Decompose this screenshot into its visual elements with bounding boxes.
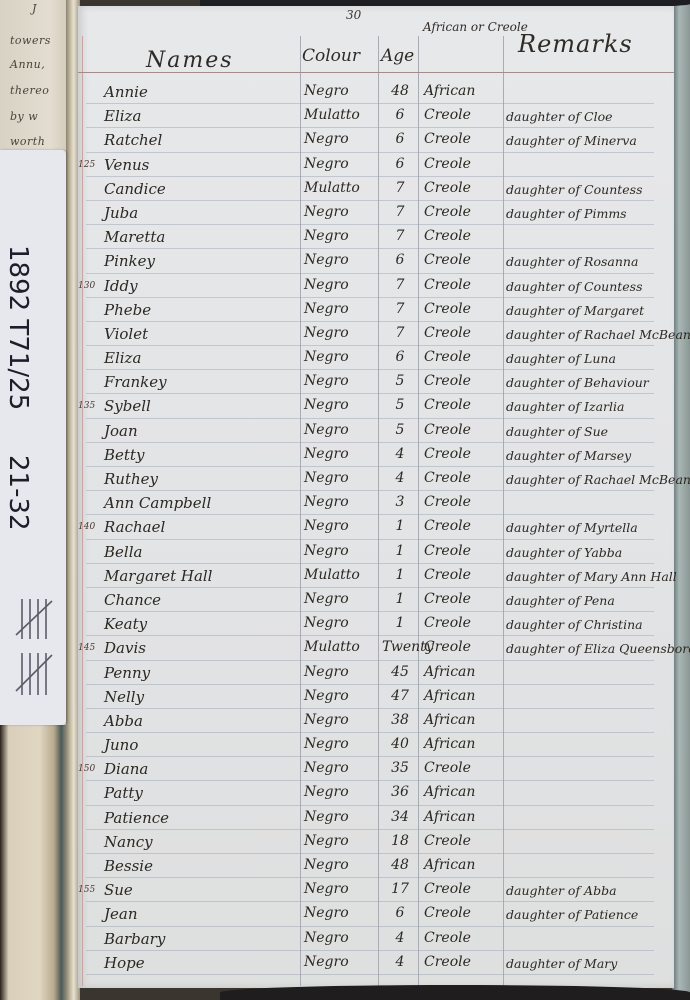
- folio-range: 21-32: [3, 455, 33, 531]
- entry-age: 4: [382, 930, 418, 946]
- entry-colour: Negro: [304, 543, 349, 559]
- entry-name: Jean: [104, 905, 138, 923]
- entry-colour: Negro: [304, 373, 349, 389]
- entry-name: Rachael: [104, 518, 165, 536]
- entry-origin: Creole: [424, 325, 471, 341]
- entry-age: 48: [382, 83, 418, 99]
- entry-number: 150: [78, 764, 95, 774]
- entry-colour: Negro: [304, 736, 349, 752]
- facing-page-text: worth: [10, 135, 45, 148]
- entry-origin: Creole: [424, 180, 471, 196]
- entry-name: Maretta: [104, 228, 165, 246]
- table-row: Chance Negro 1 Creole daughter of Pena: [78, 588, 674, 612]
- entry-number: 125: [78, 160, 95, 170]
- entry-colour: Mulatto: [304, 567, 360, 583]
- entry-age: 1: [382, 615, 418, 631]
- entry-age: 1: [382, 591, 418, 607]
- entry-origin: Creole: [424, 204, 471, 220]
- entry-age: 35: [382, 760, 418, 776]
- entry-age: 38: [382, 712, 418, 728]
- facing-page-text: J: [32, 2, 37, 15]
- entry-age: 40: [382, 736, 418, 752]
- entry-name: Hope: [104, 954, 145, 972]
- table-row: Ratchel Negro 6 Creole daughter of Miner…: [78, 128, 674, 152]
- entry-origin: Creole: [424, 567, 471, 583]
- entry-remarks: daughter of Luna: [506, 351, 616, 366]
- entry-name: Violet: [104, 325, 148, 343]
- entry-name: Penny: [104, 664, 150, 682]
- entry-colour: Negro: [304, 252, 349, 268]
- entry-colour: Negro: [304, 857, 349, 873]
- entry-name: Ratchel: [104, 131, 162, 149]
- entry-origin: African: [424, 857, 475, 873]
- entry-name: Davis: [104, 639, 146, 657]
- entry-name: Bella: [104, 543, 142, 561]
- entry-name: Keaty: [104, 615, 147, 633]
- entry-origin: African: [424, 712, 475, 728]
- table-row: 150 Diana Negro 35 Creole: [78, 757, 674, 781]
- entry-name: Betty: [104, 446, 144, 464]
- entry-name: Margaret Hall: [104, 567, 212, 585]
- entry-remarks: daughter of Pena: [506, 593, 615, 608]
- table-row: Margaret Hall Mulatto 1 Creole daughter …: [78, 564, 674, 588]
- bottom-shadow: [220, 985, 690, 1000]
- entry-origin: Creole: [424, 591, 471, 607]
- entry-age: 1: [382, 567, 418, 583]
- entry-remarks: daughter of Countess: [506, 182, 643, 197]
- entry-origin: African: [424, 83, 475, 99]
- entry-origin: Creole: [424, 833, 471, 849]
- entry-colour: Negro: [304, 809, 349, 825]
- entry-origin: Creole: [424, 107, 471, 123]
- entry-age: 6: [382, 349, 418, 365]
- table-row: Barbary Negro 4 Creole: [78, 927, 674, 951]
- column-header-colour: Colour: [302, 46, 360, 66]
- column-header-origin: African or Creole: [423, 22, 503, 33]
- entry-name: Diana: [104, 760, 148, 778]
- book-edge-right: [672, 0, 690, 1000]
- entry-colour: Negro: [304, 422, 349, 438]
- entry-name: Barbary: [104, 930, 165, 948]
- entry-number: 155: [78, 885, 95, 895]
- entry-origin: Creole: [424, 349, 471, 365]
- entry-colour: Negro: [304, 204, 349, 220]
- entry-name: Frankey: [104, 373, 167, 391]
- entry-age: 7: [382, 228, 418, 244]
- entry-age: Twenty: [382, 639, 418, 655]
- entry-remarks: daughter of Abba: [506, 883, 617, 898]
- entry-age: 1: [382, 518, 418, 534]
- entry-colour: Negro: [304, 83, 349, 99]
- table-row: Bessie Negro 48 African: [78, 854, 674, 878]
- entry-age: 4: [382, 446, 418, 462]
- entry-remarks: daughter of Marsey: [506, 448, 631, 463]
- table-row: 130 Iddy Negro 7 Creole daughter of Coun…: [78, 274, 674, 298]
- entry-origin: African: [424, 784, 475, 800]
- entry-age: 7: [382, 325, 418, 341]
- entry-age: 5: [382, 422, 418, 438]
- entry-name: Sue: [104, 881, 133, 899]
- entry-name: Joan: [104, 422, 138, 440]
- entry-colour: Negro: [304, 228, 349, 244]
- entry-colour: Negro: [304, 131, 349, 147]
- book-page-edges: [0, 725, 72, 1000]
- entry-age: 4: [382, 954, 418, 970]
- entry-name: Iddy: [104, 277, 138, 295]
- table-row: Juno Negro 40 African: [78, 733, 674, 757]
- entry-origin: Creole: [424, 301, 471, 317]
- entry-age: 36: [382, 784, 418, 800]
- entry-age: 6: [382, 905, 418, 921]
- table-row: Candice Mulatto 7 Creole daughter of Cou…: [78, 177, 674, 201]
- entry-age: 6: [382, 156, 418, 172]
- entry-colour: Negro: [304, 591, 349, 607]
- table-row: Bella Negro 1 Creole daughter of Yabba: [78, 540, 674, 564]
- entry-colour: Negro: [304, 905, 349, 921]
- entry-age: 5: [382, 397, 418, 413]
- entry-origin: Creole: [424, 881, 471, 897]
- entry-name: Abba: [104, 712, 143, 730]
- archive-reference: 1892 T71/25: [3, 245, 33, 410]
- entry-age: 7: [382, 301, 418, 317]
- entry-name: Eliza: [104, 349, 141, 367]
- entry-remarks: daughter of Minerva: [506, 133, 637, 148]
- table-row: 155 Sue Negro 17 Creole daughter of Abba: [78, 878, 674, 902]
- entry-origin: Creole: [424, 446, 471, 462]
- table-row: Juba Negro 7 Creole daughter of Pimms: [78, 201, 674, 225]
- entry-origin: Creole: [424, 397, 471, 413]
- entry-origin: African: [424, 664, 475, 680]
- entry-remarks: daughter of Christina: [506, 617, 643, 632]
- entry-origin: Creole: [424, 954, 471, 970]
- entry-remarks: daughter of Mary: [506, 956, 617, 971]
- entry-remarks: daughter of Eliza Queensborough: [506, 641, 690, 656]
- entry-age: 7: [382, 204, 418, 220]
- entry-colour: Negro: [304, 325, 349, 341]
- entry-colour: Negro: [304, 494, 349, 510]
- entry-age: 47: [382, 688, 418, 704]
- entry-colour: Negro: [304, 688, 349, 704]
- entry-name: Juno: [104, 736, 138, 754]
- entry-remarks: daughter of Rachael McBean: [506, 327, 690, 342]
- entry-origin: Creole: [424, 543, 471, 559]
- entry-colour: Negro: [304, 470, 349, 486]
- entry-remarks: daughter of Izarlia: [506, 399, 624, 414]
- entry-name: Sybell: [104, 397, 151, 415]
- table-row: Frankey Negro 5 Creole daughter of Behav…: [78, 370, 674, 394]
- table-row: Pinkey Negro 6 Creole daughter of Rosann…: [78, 249, 674, 273]
- entry-colour: Negro: [304, 712, 349, 728]
- table-row: 140 Rachael Negro 1 Creole daughter of M…: [78, 515, 674, 539]
- entry-age: 6: [382, 252, 418, 268]
- table-row: 145 Davis Mulatto Twenty Creole daughter…: [78, 636, 674, 660]
- entry-remarks: daughter of Behaviour: [506, 375, 649, 390]
- archive-reference-tag: 1892 T71/25 21-32: [0, 150, 66, 725]
- table-row: Jean Negro 6 Creole daughter of Patience: [78, 902, 674, 926]
- entry-age: 6: [382, 107, 418, 123]
- register-entries: Annie Negro 48 African Eliza Mulatto 6 C…: [78, 80, 674, 975]
- entry-age: 6: [382, 131, 418, 147]
- entry-name: Ann Campbell: [104, 494, 211, 512]
- entry-colour: Negro: [304, 301, 349, 317]
- entry-name: Nancy: [104, 833, 153, 851]
- table-row: Abba Negro 38 African: [78, 709, 674, 733]
- facing-page-text: by w: [10, 110, 38, 123]
- table-row: Hope Negro 4 Creole daughter of Mary: [78, 951, 674, 975]
- entry-remarks: daughter of Countess: [506, 279, 643, 294]
- table-row: Penny Negro 45 African: [78, 661, 674, 685]
- entry-origin: Creole: [424, 494, 471, 510]
- entry-age: 48: [382, 857, 418, 873]
- table-row: Annie Negro 48 African: [78, 80, 674, 104]
- table-row: Maretta Negro 7 Creole: [78, 225, 674, 249]
- table-row: 135 Sybell Negro 5 Creole daughter of Iz…: [78, 394, 674, 418]
- entry-colour: Negro: [304, 156, 349, 172]
- table-row: Ann Campbell Negro 3 Creole: [78, 491, 674, 515]
- entry-origin: Creole: [424, 156, 471, 172]
- entry-origin: Creole: [424, 518, 471, 534]
- entry-origin: Creole: [424, 373, 471, 389]
- table-row: Nelly Negro 47 African: [78, 685, 674, 709]
- entry-origin: Creole: [424, 760, 471, 776]
- entry-age: 4: [382, 470, 418, 486]
- entry-colour: Mulatto: [304, 180, 360, 196]
- entry-age: 3: [382, 494, 418, 510]
- entry-colour: Negro: [304, 664, 349, 680]
- entry-name: Annie: [104, 83, 148, 101]
- entry-colour: Negro: [304, 760, 349, 776]
- entry-remarks: daughter of Myrtella: [506, 520, 638, 535]
- entry-colour: Negro: [304, 277, 349, 293]
- entry-name: Candice: [104, 180, 166, 198]
- entry-origin: Creole: [424, 252, 471, 268]
- entry-name: Bessie: [104, 857, 153, 875]
- entry-name: Pinkey: [104, 252, 155, 270]
- entry-age: 45: [382, 664, 418, 680]
- entry-colour: Negro: [304, 833, 349, 849]
- entry-age: 18: [382, 833, 418, 849]
- table-row: Ruthey Negro 4 Creole daughter of Rachae…: [78, 467, 674, 491]
- entry-age: 1: [382, 543, 418, 559]
- column-header-age: Age: [381, 46, 414, 66]
- column-header-names: Names: [146, 48, 234, 73]
- table-row: Eliza Mulatto 6 Creole daughter of Cloe: [78, 104, 674, 128]
- entry-remarks: daughter of Yabba: [506, 545, 622, 560]
- entry-origin: Creole: [424, 228, 471, 244]
- entry-remarks: daughter of Mary Ann Hall: [506, 569, 677, 584]
- entry-colour: Negro: [304, 954, 349, 970]
- entry-age: 7: [382, 180, 418, 196]
- table-row: Nancy Negro 18 Creole: [78, 830, 674, 854]
- entry-name: Patty: [104, 784, 143, 802]
- entry-origin: Creole: [424, 277, 471, 293]
- table-row: Patty Negro 36 African: [78, 781, 674, 805]
- entry-age: 34: [382, 809, 418, 825]
- table-row: Joan Negro 5 Creole daughter of Sue: [78, 419, 674, 443]
- table-row: Keaty Negro 1 Creole daughter of Christi…: [78, 612, 674, 636]
- entry-colour: Negro: [304, 397, 349, 413]
- ledger-page: 30 Names Colour Age African or Creole Re…: [78, 6, 674, 988]
- facing-page-text: towers: [10, 34, 51, 47]
- facing-page-text: thereo: [10, 84, 49, 97]
- entry-age: 17: [382, 881, 418, 897]
- table-row: Betty Negro 4 Creole daughter of Marsey: [78, 443, 674, 467]
- column-header-remarks: Remarks: [518, 30, 633, 58]
- entry-colour: Negro: [304, 881, 349, 897]
- entry-age: 7: [382, 277, 418, 293]
- entry-origin: Creole: [424, 470, 471, 486]
- entry-origin: Creole: [424, 905, 471, 921]
- entry-number: 145: [78, 643, 95, 653]
- entry-colour: Negro: [304, 930, 349, 946]
- entry-remarks: daughter of Patience: [506, 907, 638, 922]
- entry-remarks: daughter of Pimms: [506, 206, 627, 221]
- entry-name: Nelly: [104, 688, 144, 706]
- entry-origin: African: [424, 736, 475, 752]
- entry-name: Eliza: [104, 107, 141, 125]
- entry-origin: Creole: [424, 422, 471, 438]
- entry-remarks: daughter of Margaret: [506, 303, 644, 318]
- entry-origin: African: [424, 809, 475, 825]
- entry-colour: Negro: [304, 349, 349, 365]
- table-row: Violet Negro 7 Creole daughter of Rachae…: [78, 322, 674, 346]
- entry-remarks: daughter of Cloe: [506, 109, 613, 124]
- entry-remarks: daughter of Rachael McBean: [506, 472, 690, 487]
- entry-number: 130: [78, 281, 95, 291]
- entry-name: Phebe: [104, 301, 151, 319]
- entry-origin: Creole: [424, 639, 471, 655]
- table-row: Patience Negro 34 African: [78, 806, 674, 830]
- entry-colour: Negro: [304, 784, 349, 800]
- entry-origin: African: [424, 688, 475, 704]
- entry-name: Venus: [104, 156, 149, 174]
- entry-remarks: daughter of Rosanna: [506, 254, 638, 269]
- entry-colour: Mulatto: [304, 639, 360, 655]
- table-row: 125 Venus Negro 6 Creole: [78, 153, 674, 177]
- page-number: 30: [346, 8, 361, 22]
- tally-marks-icon: [14, 595, 54, 705]
- facing-page-text: Annu,: [10, 58, 45, 71]
- entry-origin: Creole: [424, 930, 471, 946]
- entry-name: Juba: [104, 204, 138, 222]
- entry-number: 135: [78, 401, 95, 411]
- entry-number: 140: [78, 522, 95, 532]
- row-rule: [86, 974, 654, 975]
- table-row: Phebe Negro 7 Creole daughter of Margare…: [78, 298, 674, 322]
- entry-name: Chance: [104, 591, 161, 609]
- entry-origin: Creole: [424, 615, 471, 631]
- entry-colour: Negro: [304, 518, 349, 534]
- entry-colour: Negro: [304, 446, 349, 462]
- entry-origin: Creole: [424, 131, 471, 147]
- entry-colour: Mulatto: [304, 107, 360, 123]
- entry-age: 5: [382, 373, 418, 389]
- entry-remarks: daughter of Sue: [506, 424, 608, 439]
- entry-name: Patience: [104, 809, 169, 827]
- entry-name: Ruthey: [104, 470, 158, 488]
- table-row: Eliza Negro 6 Creole daughter of Luna: [78, 346, 674, 370]
- entry-colour: Negro: [304, 615, 349, 631]
